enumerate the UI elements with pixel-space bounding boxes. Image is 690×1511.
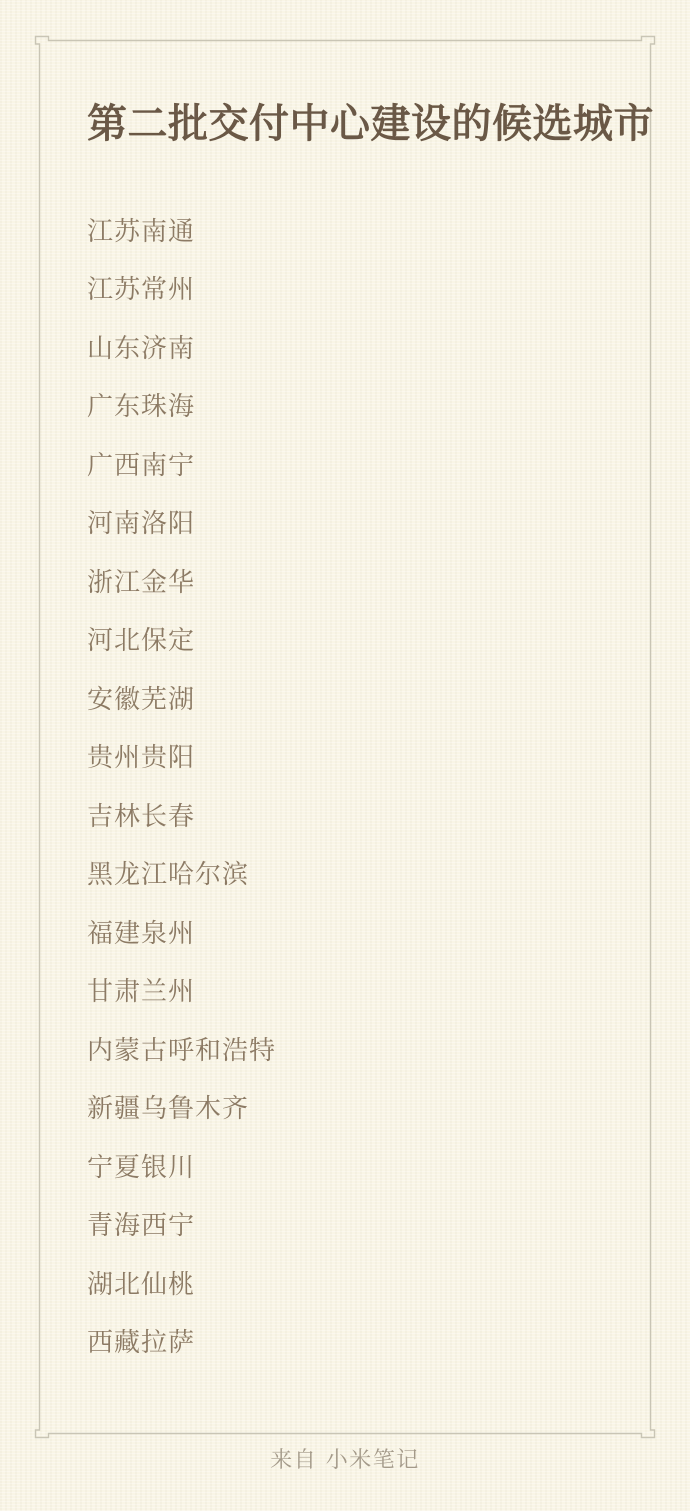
list-item: 江苏南通 (87, 200, 276, 259)
list-item: 山东济南 (87, 317, 276, 376)
list-item: 安徽芜湖 (87, 668, 276, 727)
list-item: 黑龙江哈尔滨 (87, 844, 276, 903)
list-item: 湖北仙桃 (87, 1253, 276, 1312)
list-item: 宁夏银川 (87, 1136, 276, 1195)
list-item: 河南洛阳 (87, 493, 276, 552)
list-item: 浙江金华 (87, 551, 276, 610)
list-item: 贵州贵阳 (87, 727, 276, 786)
frame-corner-bottom-right (345, 760, 655, 1438)
list-item: 广东珠海 (87, 376, 276, 435)
attribution: 来自 小米笔记 (0, 1448, 690, 1474)
list-item: 甘肃兰州 (87, 961, 276, 1020)
list-item: 江苏常州 (87, 259, 276, 318)
city-list: 江苏南通江苏常州山东济南广东珠海广西南宁河南洛阳浙江金华河北保定安徽芜湖贵州贵阳… (87, 200, 276, 1370)
note-title: 第二批交付中心建设的候选城市 (87, 101, 654, 147)
list-item: 青海西宁 (87, 1195, 276, 1254)
list-item: 河北保定 (87, 610, 276, 669)
list-item: 福建泉州 (87, 902, 276, 961)
list-item: 广西南宁 (87, 434, 276, 493)
list-item: 西藏拉萨 (87, 1312, 276, 1371)
list-item: 内蒙古呼和浩特 (87, 1019, 276, 1078)
list-item: 新疆乌鲁木齐 (87, 1078, 276, 1137)
list-item: 吉林长春 (87, 785, 276, 844)
